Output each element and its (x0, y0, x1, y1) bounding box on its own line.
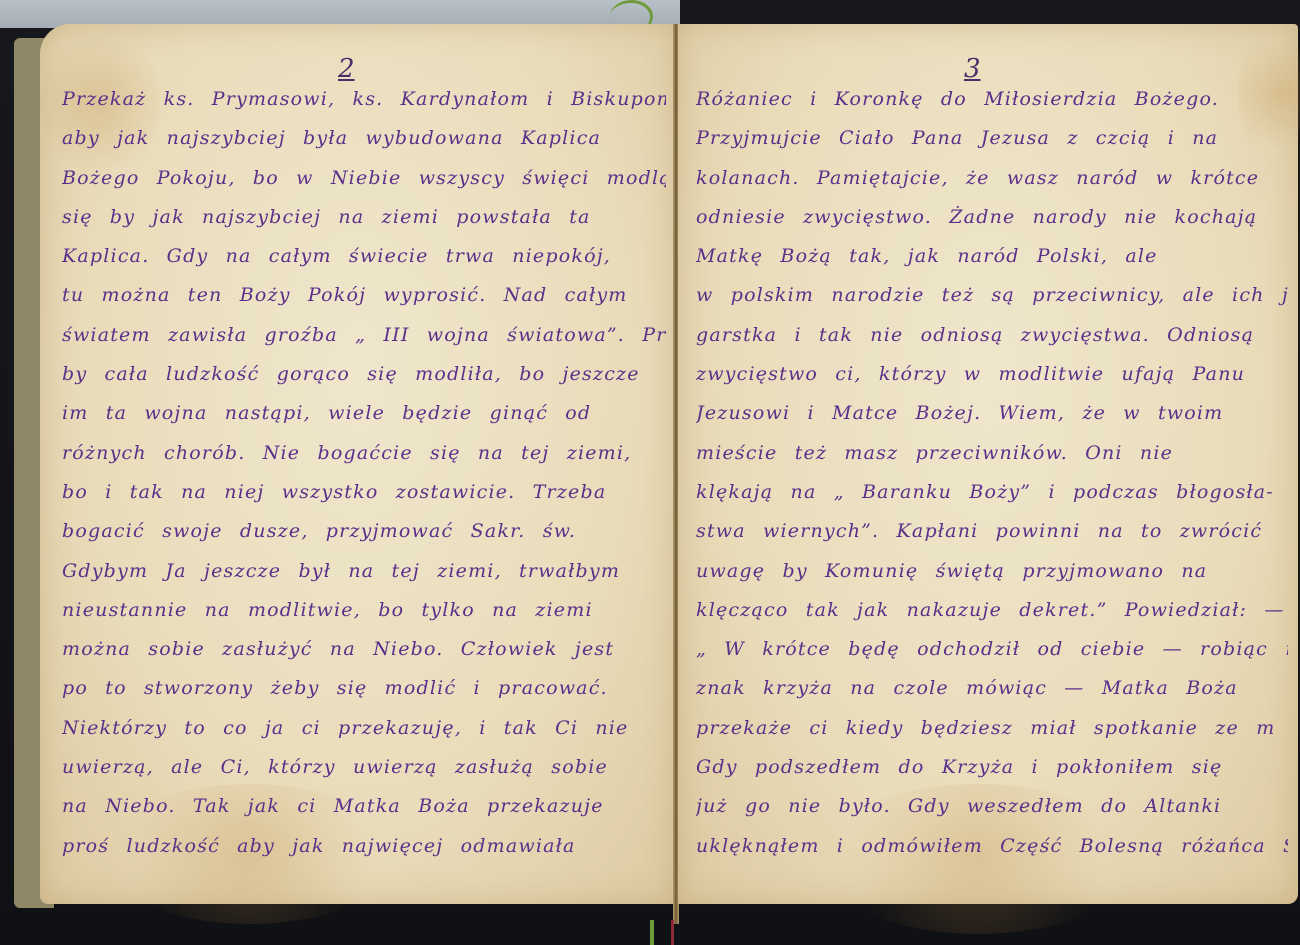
text-line: światem zawisła groźba „ III wojna świat… (62, 316, 666, 355)
text-line: znak krzyża na czole mówiąc — Matka Boża (696, 669, 1288, 708)
left-page: 2 Przekaż ks. Prymasowi, ks. Kardynałom … (40, 24, 676, 904)
text-line: już go nie było. Gdy weszedłem do Altank… (696, 787, 1288, 826)
text-line: Różaniec i Koronkę do Miłosierdzia Bożeg… (696, 80, 1288, 119)
text-line: bogacić swoje dusze, przyjmować Sakr. św… (62, 512, 666, 551)
text-line: tu można ten Boży Pokój wyprosić. Nad ca… (62, 276, 666, 315)
text-line: Niektórzy to co ja ci przekazuję, i tak … (62, 709, 666, 748)
handwritten-text-block: Przekaż ks. Prymasowi, ks. Kardynałom i … (62, 80, 666, 866)
handwritten-text-block: Różaniec i Koronkę do Miłosierdzia Bożeg… (696, 80, 1288, 866)
binding-thread-red (671, 920, 674, 945)
text-line: się by jak najszybciej na ziemi powstała… (62, 198, 666, 237)
text-line: odniesie zwycięstwo. Żadne narody nie ko… (696, 198, 1288, 237)
text-line: proś ludzkość aby jak najwięcej odmawiał… (62, 827, 666, 866)
text-line: uklęknąłem i odmówiłem Część Bolesną róż… (696, 827, 1288, 866)
text-line: im ta wojna nastąpi, wiele będzie ginąć … (62, 394, 666, 433)
text-line: w polskim narodzie też są przeciwnicy, a… (696, 276, 1288, 315)
binding-thread-green-bottom (650, 920, 654, 945)
text-line: Kaplica. Gdy na całym świecie trwa niepo… (62, 237, 666, 276)
text-line: stwa wiernych”. Kapłani powinni na to zw… (696, 512, 1288, 551)
text-line: Gdybym Ja jeszcze był na tej ziemi, trwa… (62, 552, 666, 591)
text-line: uwagę by Komunię świętą przyjmowano na (696, 552, 1288, 591)
text-line: mieście też masz przeciwników. Oni nie (696, 434, 1288, 473)
text-line: Przyjmujcie Ciało Pana Jezusa z czcią i … (696, 119, 1288, 158)
text-line: Przekaż ks. Prymasowi, ks. Kardynałom i … (62, 80, 666, 119)
text-line: Bożego Pokoju, bo w Niebie wszyscy święc… (62, 159, 666, 198)
text-line: przekaże ci kiedy będziesz miał spotkani… (696, 709, 1288, 748)
text-line: Gdy podszedłem do Krzyża i pokłoniłem si… (696, 748, 1288, 787)
text-line: by cała ludzkość gorąco się modliła, bo … (62, 355, 666, 394)
text-line: klęcząco tak jak nakazuje dekret.” Powie… (696, 591, 1288, 630)
text-line: Matkę Bożą tak, jak naród Polski, ale (696, 237, 1288, 276)
text-line: po to stworzony żeby się modlić i pracow… (62, 669, 666, 708)
text-line: klękają na „ Baranku Boży” i podczas bło… (696, 473, 1288, 512)
text-line: bo i tak na niej wszystko zostawicie. Tr… (62, 473, 666, 512)
text-line: różnych chorób. Nie bogaćcie się na tej … (62, 434, 666, 473)
text-line: kolanach. Pamiętajcie, że wasz naród w k… (696, 159, 1288, 198)
text-line: na Niebo. Tak jak ci Matka Boża przekazu… (62, 787, 666, 826)
text-line: nieustannie na modlitwie, bo tylko na zi… (62, 591, 666, 630)
text-line: aby jak najszybciej była wybudowana Kapl… (62, 119, 666, 158)
text-line: zwycięstwo ci, którzy w modlitwie ufają … (696, 355, 1288, 394)
text-line: uwierzą, ale Ci, którzy uwierzą zasłużą … (62, 748, 666, 787)
right-page: 3 Różaniec i Koronkę do Miłosierdzia Boż… (678, 24, 1298, 904)
text-line: Jezusowi i Matce Bożej. Wiem, że w twoim (696, 394, 1288, 433)
text-line: garstka i tak nie odniosą zwycięstwa. Od… (696, 316, 1288, 355)
text-line: „ W krótce będę odchodził od ciebie — ro… (696, 630, 1288, 669)
text-line: można sobie zasłużyć na Niebo. Człowiek … (62, 630, 666, 669)
